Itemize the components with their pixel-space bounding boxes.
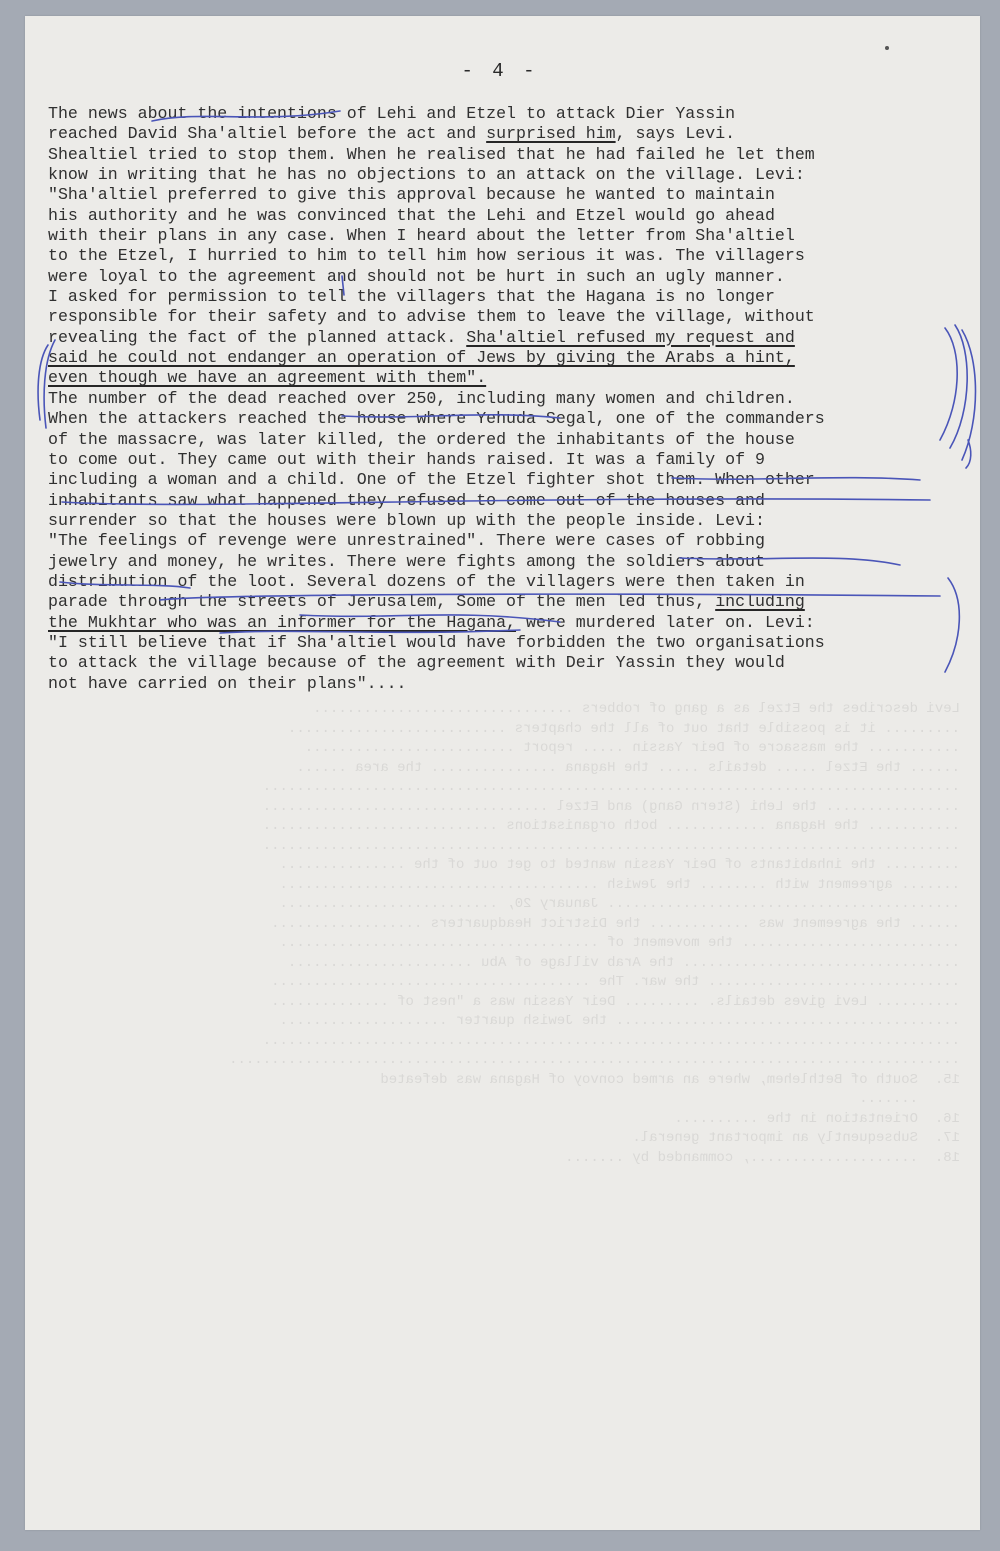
text-run: to come out. They came out with their ha… [48, 450, 765, 469]
text-line: responsible for their safety and to advi… [48, 307, 825, 327]
text-run: responsible for their safety and to advi… [48, 307, 815, 326]
text-run: When the attackers reached the house whe… [48, 409, 825, 428]
text-line: The number of the dead reached over 250,… [48, 389, 825, 409]
text-run: , says Levi. [616, 124, 736, 143]
text-line: Shealtiel tried to stop them. When he re… [48, 145, 825, 165]
text-run: were murdered later on. Levi: [516, 613, 815, 632]
text-line: When the attackers reached the house whe… [48, 409, 825, 429]
text-run: surrender so that the houses were blown … [48, 511, 765, 530]
text-run: I asked for permission to tell the villa… [48, 287, 775, 306]
text-line: to come out. They came out with their ha… [48, 450, 825, 470]
text-line: revealing the fact of the planned attack… [48, 328, 825, 348]
text-line: distribution of the loot. Several dozens… [48, 572, 825, 592]
text-run: revealing the fact of the planned attack… [48, 328, 466, 347]
text-run: "I still believe that if Sha'altiel woul… [48, 633, 825, 652]
text-run: reached David Sha'altiel before the act … [48, 124, 486, 143]
text-run: "The feelings of revenge were unrestrain… [48, 531, 765, 550]
underlined-text: said he could not endanger an operation … [48, 348, 795, 367]
text-line: of the massacre, was later killed, the o… [48, 430, 825, 450]
text-run: to attack the village because of the agr… [48, 653, 785, 672]
text-line: to the Etzel, I hurried to him to tell h… [48, 246, 825, 266]
text-line: to attack the village because of the agr… [48, 653, 825, 673]
text-run: jewelry and money, he writes. There were… [48, 552, 765, 571]
text-run: know in writing that he has no objection… [48, 165, 805, 184]
text-line: said he could not endanger an operation … [48, 348, 825, 368]
text-line: parade through the streets of Jerusalem,… [48, 592, 825, 612]
text-run: including a woman and a child. One of th… [48, 470, 815, 489]
text-line: with their plans in any case. When I hea… [48, 226, 825, 246]
page-number: - 4 - [0, 60, 1000, 82]
paper-speck [885, 46, 889, 50]
text-line: his authority and he was convinced that … [48, 206, 825, 226]
text-run: "Sha'altiel preferred to give this appro… [48, 185, 775, 204]
bleed-through-text: Levi describes the Etzel as a gang of ro… [60, 700, 960, 1168]
text-run: with their plans in any case. When I hea… [48, 226, 795, 245]
text-line: "Sha'altiel preferred to give this appro… [48, 185, 825, 205]
text-run: not have carried on their plans".... [48, 674, 406, 693]
text-line: "The feelings of revenge were unrestrain… [48, 531, 825, 551]
text-line: The news about the intentions of Lehi an… [48, 104, 825, 124]
text-line: even though we have an agreement with th… [48, 368, 825, 388]
text-run: his authority and he was convinced that … [48, 206, 775, 225]
underlined-text: surprised him [486, 124, 615, 143]
text-run: The news about the intentions of Lehi an… [48, 104, 735, 123]
text-line: surrender so that the houses were blown … [48, 511, 825, 531]
text-line: jewelry and money, he writes. There were… [48, 552, 825, 572]
text-run: parade through the streets of Jerusalem,… [48, 592, 715, 611]
text-line: "I still believe that if Sha'altiel woul… [48, 633, 825, 653]
text-line: not have carried on their plans".... [48, 674, 825, 694]
underlined-text: including [715, 592, 805, 611]
text-line: the Mukhtar who was an informer for the … [48, 613, 825, 633]
text-line: I asked for permission to tell the villa… [48, 287, 825, 307]
underlined-text: Sha'altiel refused my request and [466, 328, 795, 347]
underlined-text: even though we have an agreement with th… [48, 368, 486, 387]
text-run: were loyal to the agreement and should n… [48, 267, 785, 286]
text-line: reached David Sha'altiel before the act … [48, 124, 825, 144]
text-run: The number of the dead reached over 250,… [48, 389, 795, 408]
text-run: of the massacre, was later killed, the o… [48, 430, 795, 449]
text-run: distribution of the loot. Several dozens… [48, 572, 805, 591]
text-run: Shealtiel tried to stop them. When he re… [48, 145, 815, 164]
underlined-text: the Mukhtar who was an informer for the … [48, 613, 516, 632]
text-line: inhabitants saw what happened they refus… [48, 491, 825, 511]
text-line: were loyal to the agreement and should n… [48, 267, 825, 287]
typewritten-body: The news about the intentions of Lehi an… [48, 104, 825, 694]
text-line: including a woman and a child. One of th… [48, 470, 825, 490]
text-run: to the Etzel, I hurried to him to tell h… [48, 246, 805, 265]
text-run: inhabitants saw what happened they refus… [48, 491, 765, 510]
text-line: know in writing that he has no objection… [48, 165, 825, 185]
